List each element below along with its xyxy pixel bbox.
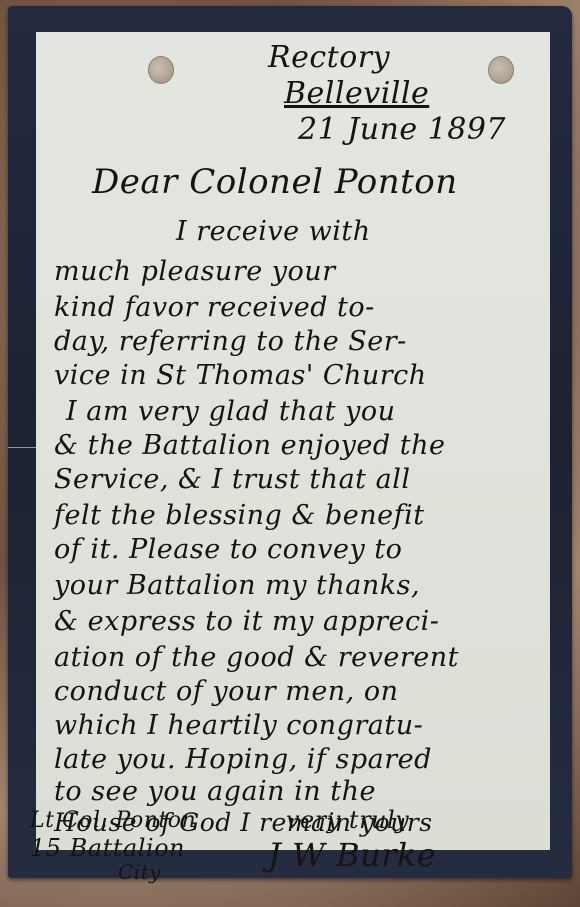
- salutation: Dear Colonel Ponton: [92, 162, 458, 202]
- punch-hole-right: [488, 56, 514, 84]
- body-line: felt the blessing & benefit: [54, 500, 425, 531]
- body-line: & the Battalion enjoyed the: [54, 430, 445, 461]
- body-line: late you. Hoping, if spared: [54, 744, 432, 775]
- body-line: kind favor received to-: [54, 292, 375, 323]
- punch-hole-left: [148, 56, 174, 84]
- address-line3: City: [118, 860, 161, 884]
- address-line2: 15 Battalion: [30, 834, 185, 862]
- body-line: ation of the good & reverent: [54, 642, 459, 673]
- card-fold-crease: [8, 447, 38, 448]
- signature: J W Burke: [268, 836, 436, 874]
- body-line: which I heartily congratu-: [54, 710, 423, 741]
- body-line: of it. Please to convey to: [54, 534, 402, 565]
- letter-paper: Rectory Belleville 21 June 1897 Dear Col…: [36, 32, 550, 850]
- body-line: Service, & I trust that all: [54, 464, 410, 495]
- heading-place-line1: Rectory: [268, 40, 390, 75]
- heading-place-line2: Belleville: [284, 76, 429, 111]
- body-line: I receive with: [176, 216, 371, 247]
- body-line: to see you again in the: [54, 776, 376, 807]
- body-line: day, referring to the Ser-: [54, 326, 407, 357]
- body-line: I am very glad that you: [66, 396, 396, 427]
- closing: very truly: [286, 806, 409, 834]
- body-line: your Battalion my thanks,: [54, 570, 420, 601]
- address-line1: Lt Col. Ponton: [30, 808, 196, 833]
- body-line: & express to it my appreci-: [54, 606, 439, 637]
- body-line: conduct of your men, on: [54, 676, 399, 707]
- heading-date: 21 June 1897: [298, 112, 506, 147]
- mounting-card: Rectory Belleville 21 June 1897 Dear Col…: [8, 6, 572, 878]
- body-line: vice in St Thomas' Church: [54, 360, 427, 391]
- body-line: much pleasure your: [54, 256, 336, 287]
